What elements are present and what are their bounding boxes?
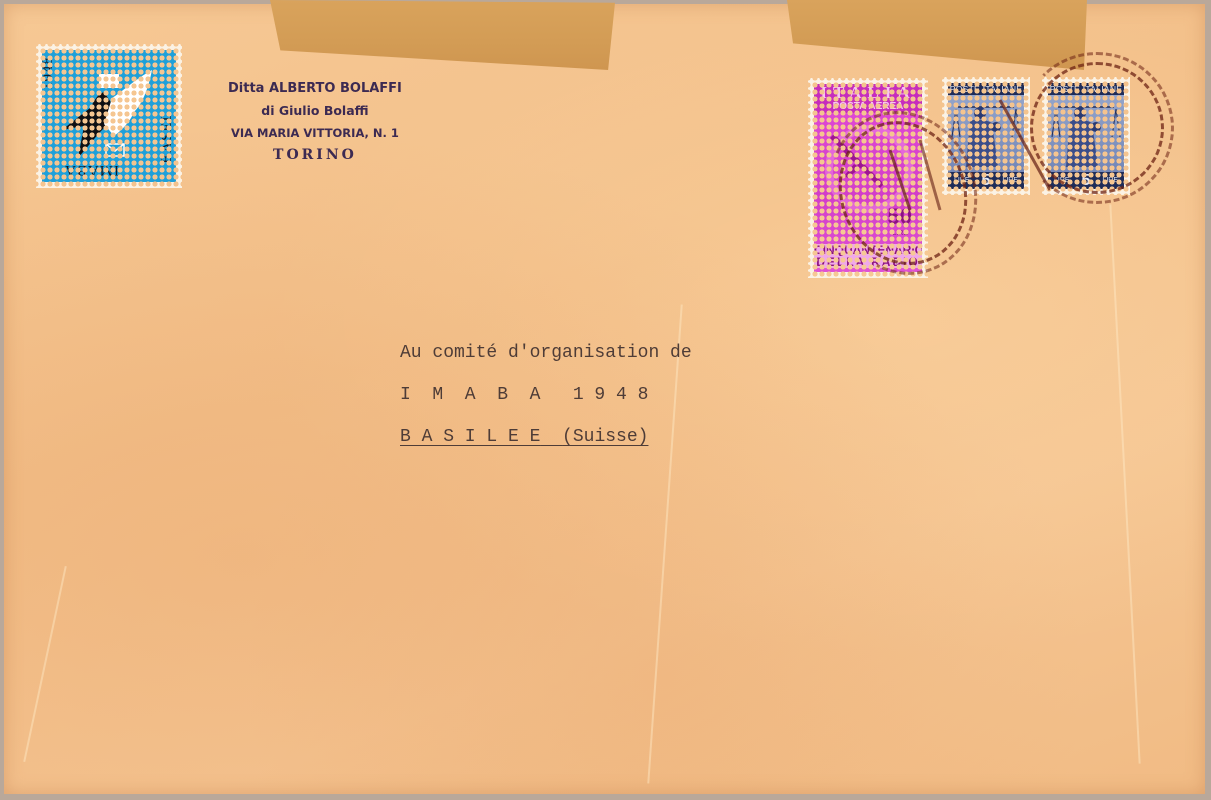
recipient-city: B A S I L E E bbox=[400, 427, 540, 447]
paper-crease bbox=[1109, 204, 1140, 763]
recipient-address: Au comité d'organisation de I M A B A 1 … bbox=[400, 340, 692, 466]
recipient-line-1: Au comité d'organisation de bbox=[400, 340, 692, 382]
imaba-exhibition-label: 1948 IMABA BASEL bbox=[36, 44, 182, 188]
label-name: IMABA bbox=[64, 161, 119, 178]
sender-company: Ditta ALBERTO BOLAFFI bbox=[228, 78, 402, 100]
cancellation-bars-icon bbox=[850, 60, 1050, 260]
label-year: 1948 bbox=[42, 56, 57, 90]
sender-handstamp: Ditta ALBERTO BOLAFFI di Giulio Bolaffi … bbox=[228, 78, 402, 166]
label-city: BASEL bbox=[159, 111, 176, 164]
paper-crease bbox=[23, 566, 67, 762]
recipient-country: (Suisse) bbox=[562, 427, 648, 447]
sender-street: VIA MARIA VITTORIA, N. 1 bbox=[228, 122, 402, 144]
sender-city: TORINO bbox=[228, 144, 402, 166]
sender-owner: di Giulio Bolaffi bbox=[228, 100, 402, 122]
recipient-line-2: I M A B A 1 9 4 8 bbox=[400, 382, 692, 424]
